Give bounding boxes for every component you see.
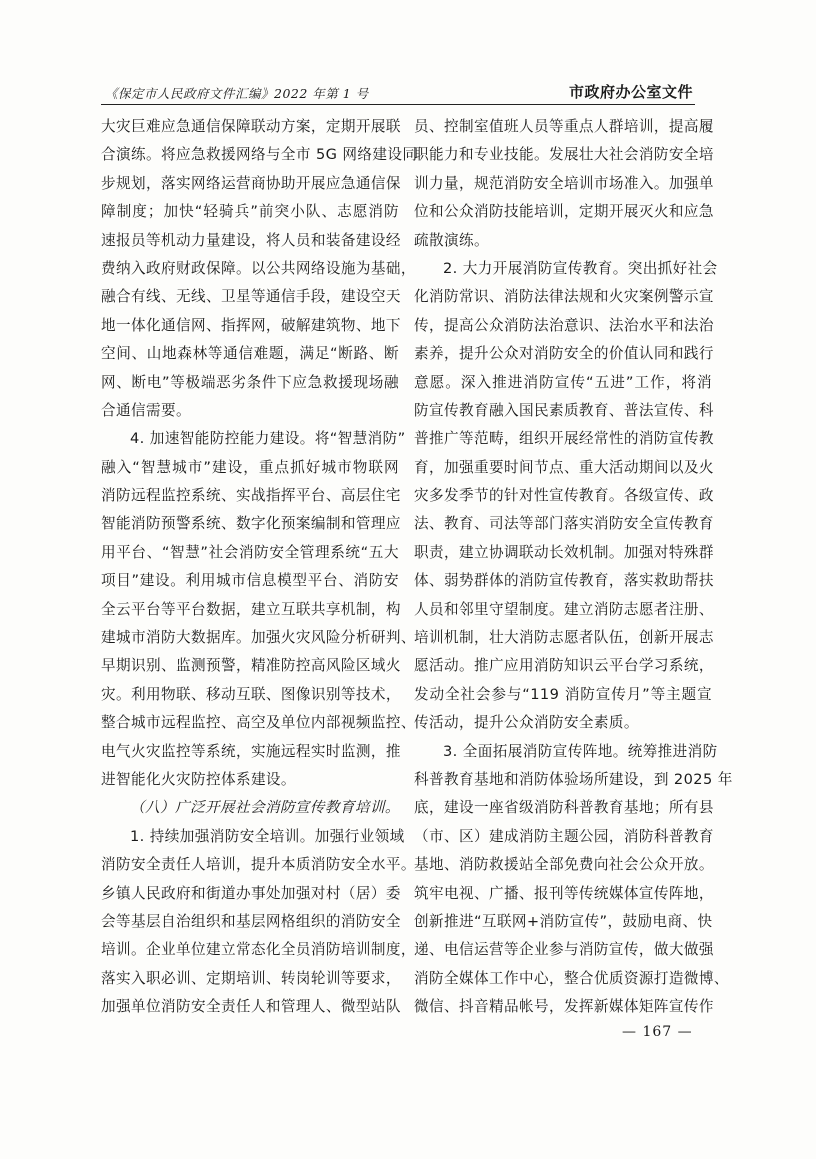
text-line: （市、区）建成消防主题公园，消防科普教育 (414, 823, 712, 851)
text-line: 底，建设一座省级消防科普教育基地；所有县 (414, 794, 712, 822)
text-line: 融入“智慧城市”建设，重点抓好城市物联网 (101, 454, 399, 482)
text-line: 递、电信运营等企业参与消防宣传，做大做强 (414, 936, 712, 964)
text-line: 基地、消防救援站全部免费向社会公众开放。 (414, 851, 712, 879)
text-line: 3. 全面拓展消防宣传阵地。统筹推进消防 (414, 738, 712, 766)
left-text-column: 大灾巨难应急通信保障联动方案，定期开展联合演练。将应急救援网络与全市 5G 网络… (101, 113, 399, 1022)
text-line: 智能消防预警系统、数字化预案编制和管理应 (101, 510, 399, 538)
text-line: 人员和邻里守望制度。建立消防志愿者注册、 (414, 596, 712, 624)
text-line: 愿活动。推广应用消防知识云平台学习系统， (414, 652, 712, 680)
text-line: 法、教育、司法等部门落实消防安全宣传教育 (414, 510, 712, 538)
text-line: 建城市消防大数据库。加强火灾风险分析研判、 (101, 624, 399, 652)
text-line: 消防全媒体工作中心，整合优质资源打造微博、 (414, 965, 712, 993)
text-line: 体、弱势群体的消防宣传教育，落实救助帮扶 (414, 567, 712, 595)
text-line: 创新推进“互联网+消防宣传”，鼓励电商、快 (414, 908, 712, 936)
text-line: 意愿。深入推进消防宣传“五进”工作，将消 (414, 369, 712, 397)
text-line: 网、断电”等极端恶劣条件下应急救援现场融 (101, 369, 399, 397)
text-line: 会等基层自治组织和基层网格组织的消防安全 (101, 908, 399, 936)
text-line: 早期识别、监测预警，精准防控高风险区域火 (101, 652, 399, 680)
text-line: 地一体化通信网、指挥网，破解建筑物、地下 (101, 312, 399, 340)
text-line: 职责，建立协调联动长效机制。加强对特殊群 (414, 539, 712, 567)
text-line: 合演练。将应急救援网络与全市 5G 网络建设同 (101, 141, 399, 169)
text-line: 普推广等范畴，组织开展经常性的消防宣传教 (414, 425, 712, 453)
text-line: 加强单位消防安全责任人和管理人、微型站队 (101, 993, 399, 1021)
text-line: 全云平台等平台数据，建立互联共享机制，构 (101, 596, 399, 624)
page-number: — 167 — (622, 1024, 693, 1040)
text-line: 落实入职必训、定期培训、转岗轮训等要求， (101, 965, 399, 993)
text-line: 培训机制，壮大消防志愿者队伍，创新开展志 (414, 624, 712, 652)
text-line: 育，加强重要时间节点、重大活动期间以及火 (414, 454, 712, 482)
text-line: 消防安全责任人培训，提升本质消防安全水平。 (101, 851, 399, 879)
text-line: 训力量，规范消防安全培训市场准入。加强单 (414, 170, 712, 198)
right-text-column: 员、控制室值班人员等重点人群培训，提高履职能力和专业技能。发展壮大社会消防安全培… (414, 113, 712, 1022)
text-line: 步规划，落实网络运营商协助开展应急通信保 (101, 170, 399, 198)
text-line: 职能力和专业技能。发展壮大社会消防安全培 (414, 141, 712, 169)
text-line: 合通信需要。 (101, 397, 399, 425)
text-line: 进智能化火灾防控体系建设。 (101, 766, 399, 794)
text-line: 传，提高公众消防法治意识、法治水平和法治 (414, 312, 712, 340)
text-line: 位和公众消防技能培训，定期开展灭火和应急 (414, 198, 712, 226)
text-line: 乡镇人民政府和街道办事处加强对村（居）委 (101, 880, 399, 908)
section-title: 市政府办公室文件 (569, 81, 693, 102)
text-line: 防宣传教育融入国民素质教育、普法宣传、科 (414, 397, 712, 425)
text-line: 疏散演练。 (414, 227, 712, 255)
running-header: 《保定市人民政府文件汇编》2022 年第 1 号 市政府办公室文件 (101, 80, 695, 105)
text-line: 灾。利用物联、移动互联、图像识别等技术， (101, 681, 399, 709)
text-line: 速报员等机动力量建设，将人员和装备建设经 (101, 227, 399, 255)
text-line: 障制度；加快“轻骑兵”前突小队、志愿消防 (101, 198, 399, 226)
text-line: 化消防常识、消防法律法规和火灾案例警示宣 (414, 283, 712, 311)
section-heading: （八）广泛开展社会消防宣传教育培训。 (101, 794, 399, 822)
text-line: 用平台、“智慧”社会消防安全管理系统“五大 (101, 539, 399, 567)
publication-title: 《保定市人民政府文件汇编》2022 年第 1 号 (105, 84, 369, 102)
text-line: 筑牢电视、广播、报刊等传统媒体宣传阵地， (414, 880, 712, 908)
text-line: 4. 加速智能防控能力建设。将“智慧消防” (101, 425, 399, 453)
text-line: 空间、山地森林等通信难题，满足“断路、断 (101, 340, 399, 368)
text-line: 素养，提升公众对消防安全的价值认同和践行 (414, 340, 712, 368)
text-line: 科普教育基地和消防体验场所建设，到 2025 年 (414, 766, 712, 794)
text-line: 微信、抖音精品帐号，发挥新媒体矩阵宣传作 (414, 993, 712, 1021)
text-line: 大灾巨难应急通信保障联动方案，定期开展联 (101, 113, 399, 141)
text-line: 发动全社会参与“119 消防宣传月”等主题宣 (414, 681, 712, 709)
text-line: 1. 持续加强消防安全培训。加强行业领域 (101, 823, 399, 851)
text-line: 项目”建设。利用城市信息模型平台、消防安 (101, 567, 399, 595)
text-line: 灾多发季节的针对性宣传教育。各级宣传、政 (414, 482, 712, 510)
text-line: 传活动，提升公众消防安全素质。 (414, 709, 712, 737)
text-line: 费纳入政府财政保障。以公共网络设施为基础， (101, 255, 399, 283)
text-line: 培训。企业单位建立常态化全员消防培训制度， (101, 936, 399, 964)
text-line: 融合有线、无线、卫星等通信手段，建设空天 (101, 283, 399, 311)
text-line: 员、控制室值班人员等重点人群培训，提高履 (414, 113, 712, 141)
text-line: 2. 大力开展消防宣传教育。突出抓好社会 (414, 255, 712, 283)
text-line: 整合城市远程监控、高空及单位内部视频监控、 (101, 709, 399, 737)
text-line: 消防远程监控系统、实战指挥平台、高层住宅 (101, 482, 399, 510)
text-line: 电气火灾监控等系统，实施远程实时监测，推 (101, 738, 399, 766)
